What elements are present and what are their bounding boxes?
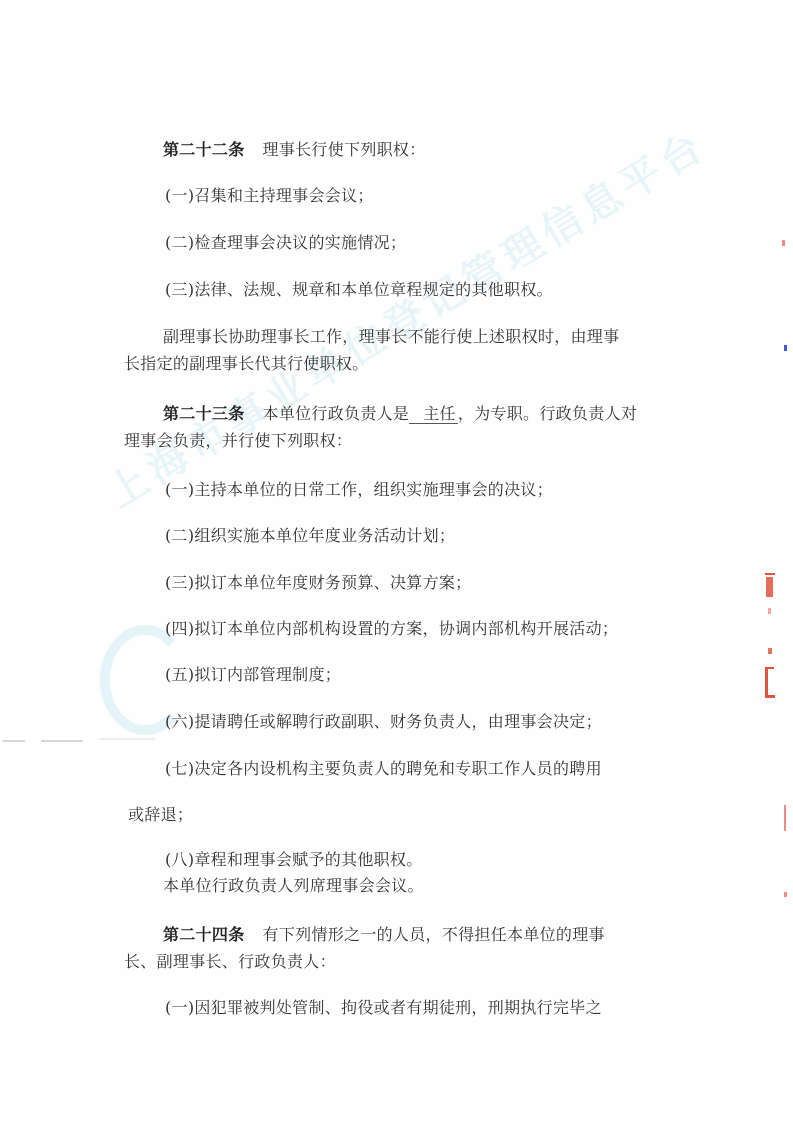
article-23-item-6: (六)提请聘任或解聘行政副职、财务负责人，由理事会决定； [165, 712, 602, 732]
article-23-item-7-continued: 或辞退； [128, 805, 193, 825]
position-field: 主任 [409, 405, 458, 424]
article-intro: 有下列情形之一的人员，不得担任本单位的理事 [263, 925, 605, 944]
stamp-fragment [766, 577, 773, 597]
article-23-item-1: (一)主持本单位的日常工作，组织实施理事会的决议； [165, 480, 553, 500]
stamp-fragment [768, 648, 772, 654]
article-23-item-4: (四)拟订本单位内部机构设置的方案，协调内部机构开展活动； [165, 619, 618, 639]
article-23-item-7: (七)决定各内设机构主要负责人的聘免和专职工作人员的聘用 [165, 759, 602, 779]
stamp-fragment [784, 892, 787, 897]
article-intro-after: ，为专职。行政负责人对 [458, 404, 637, 423]
article-22-item-1: (一)召集和主持理事会会议； [165, 186, 374, 206]
article-24-intro-line-2: 长、副理事长、行政负责人： [124, 952, 336, 972]
article-number: 第二十三条 [163, 404, 245, 423]
article-intro: 理事长行使下列职权： [263, 140, 426, 159]
article-23-heading: 第二十三条本单位行政负责人是主任，为专职。行政负责人对 [163, 404, 637, 424]
article-24-heading: 第二十四条有下列情形之一的人员，不得担任本单位的理事 [163, 925, 605, 945]
scan-line [41, 740, 83, 742]
scan-line [100, 738, 155, 740]
stamp-fragment [768, 608, 771, 614]
stamp-fragment [784, 805, 786, 831]
article-22-note-line-1: 副理事长协助理事长工作，理事长不能行使上述职权时，由理事 [163, 327, 619, 347]
article-23-item-5: (五)拟订内部管理制度； [165, 665, 341, 685]
article-23-item-2: (二)组织实施本单位年度业务活动计划； [165, 526, 455, 546]
article-22-item-3: (三)法律、法规、规章和本单位章程规定的其他职权。 [165, 280, 553, 300]
article-24-item-1: (一)因犯罪被判处管制、拘役或者有期徒刑，刑期执行完毕之 [165, 998, 602, 1018]
article-number: 第二十二条 [163, 140, 245, 159]
stamp-fragment [765, 695, 775, 698]
article-intro: 本单位行政负责人是 [263, 404, 410, 423]
blue-mark [784, 345, 787, 351]
article-22-note-line-2: 长指定的副理事长代其行使职权。 [124, 354, 369, 374]
article-22-item-2: (二)检查理事会决议的实施情况； [165, 233, 406, 253]
document-page: 上海市事业单位登记管理信息平台 第二十二条理事长行使下列职权： (一)召集和主持… [0, 0, 793, 1121]
article-23-item-8: (八)章程和理事会赋予的其他职权。 [165, 850, 423, 870]
article-23-item-3: (三)拟订本单位年度财务预算、决算方案； [165, 573, 472, 593]
article-23-closing: 本单位行政负责人列席理事会会议。 [163, 876, 424, 896]
stamp-fragment [765, 669, 768, 695]
scan-line [3, 740, 25, 742]
stamp-fragment [765, 573, 775, 575]
article-23-intro-line-2: 理事会负责，并行使下列职权： [124, 431, 352, 451]
stamp-fragment [782, 240, 785, 246]
article-22-heading: 第二十二条理事长行使下列职权： [163, 140, 426, 160]
article-number: 第二十四条 [163, 925, 245, 944]
